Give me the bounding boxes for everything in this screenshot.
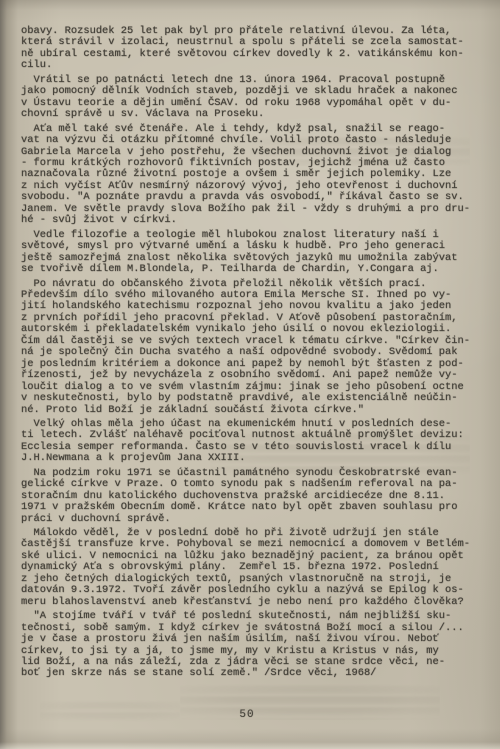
page-number: 50	[0, 709, 494, 721]
paragraph-4: Vedle filozofie a teologie měl hlubokou …	[21, 230, 487, 276]
paragraph-3: Aťa měl také své čtenáře. Ale i tehdy, k…	[21, 124, 487, 227]
scanned-typewritten-page: obavy. Rozsudek 25 let pak byl pro přáte…	[0, 0, 500, 749]
body-text: obavy. Rozsudek 25 let pak byl pro přáte…	[21, 26, 487, 683]
paragraph-5: Po návratu do občanského života přeložil…	[21, 279, 487, 416]
paragraph-2: Vrátil se po patnácti letech dne 13. úno…	[21, 75, 487, 121]
paragraph-1: obavy. Rozsudek 25 let pak byl pro přáte…	[21, 26, 487, 72]
paragraph-6: Velký ohlas měla jeho účast na ekumenick…	[21, 419, 487, 465]
paragraph-9: "A stojíme tváří v tvář té poslední skut…	[21, 611, 487, 680]
paragraph-7: Na podzim roku 1971 se účastnil památnéh…	[21, 468, 487, 525]
paragraph-8: Málokdo věděl, že v poslední době ho při…	[21, 528, 487, 608]
